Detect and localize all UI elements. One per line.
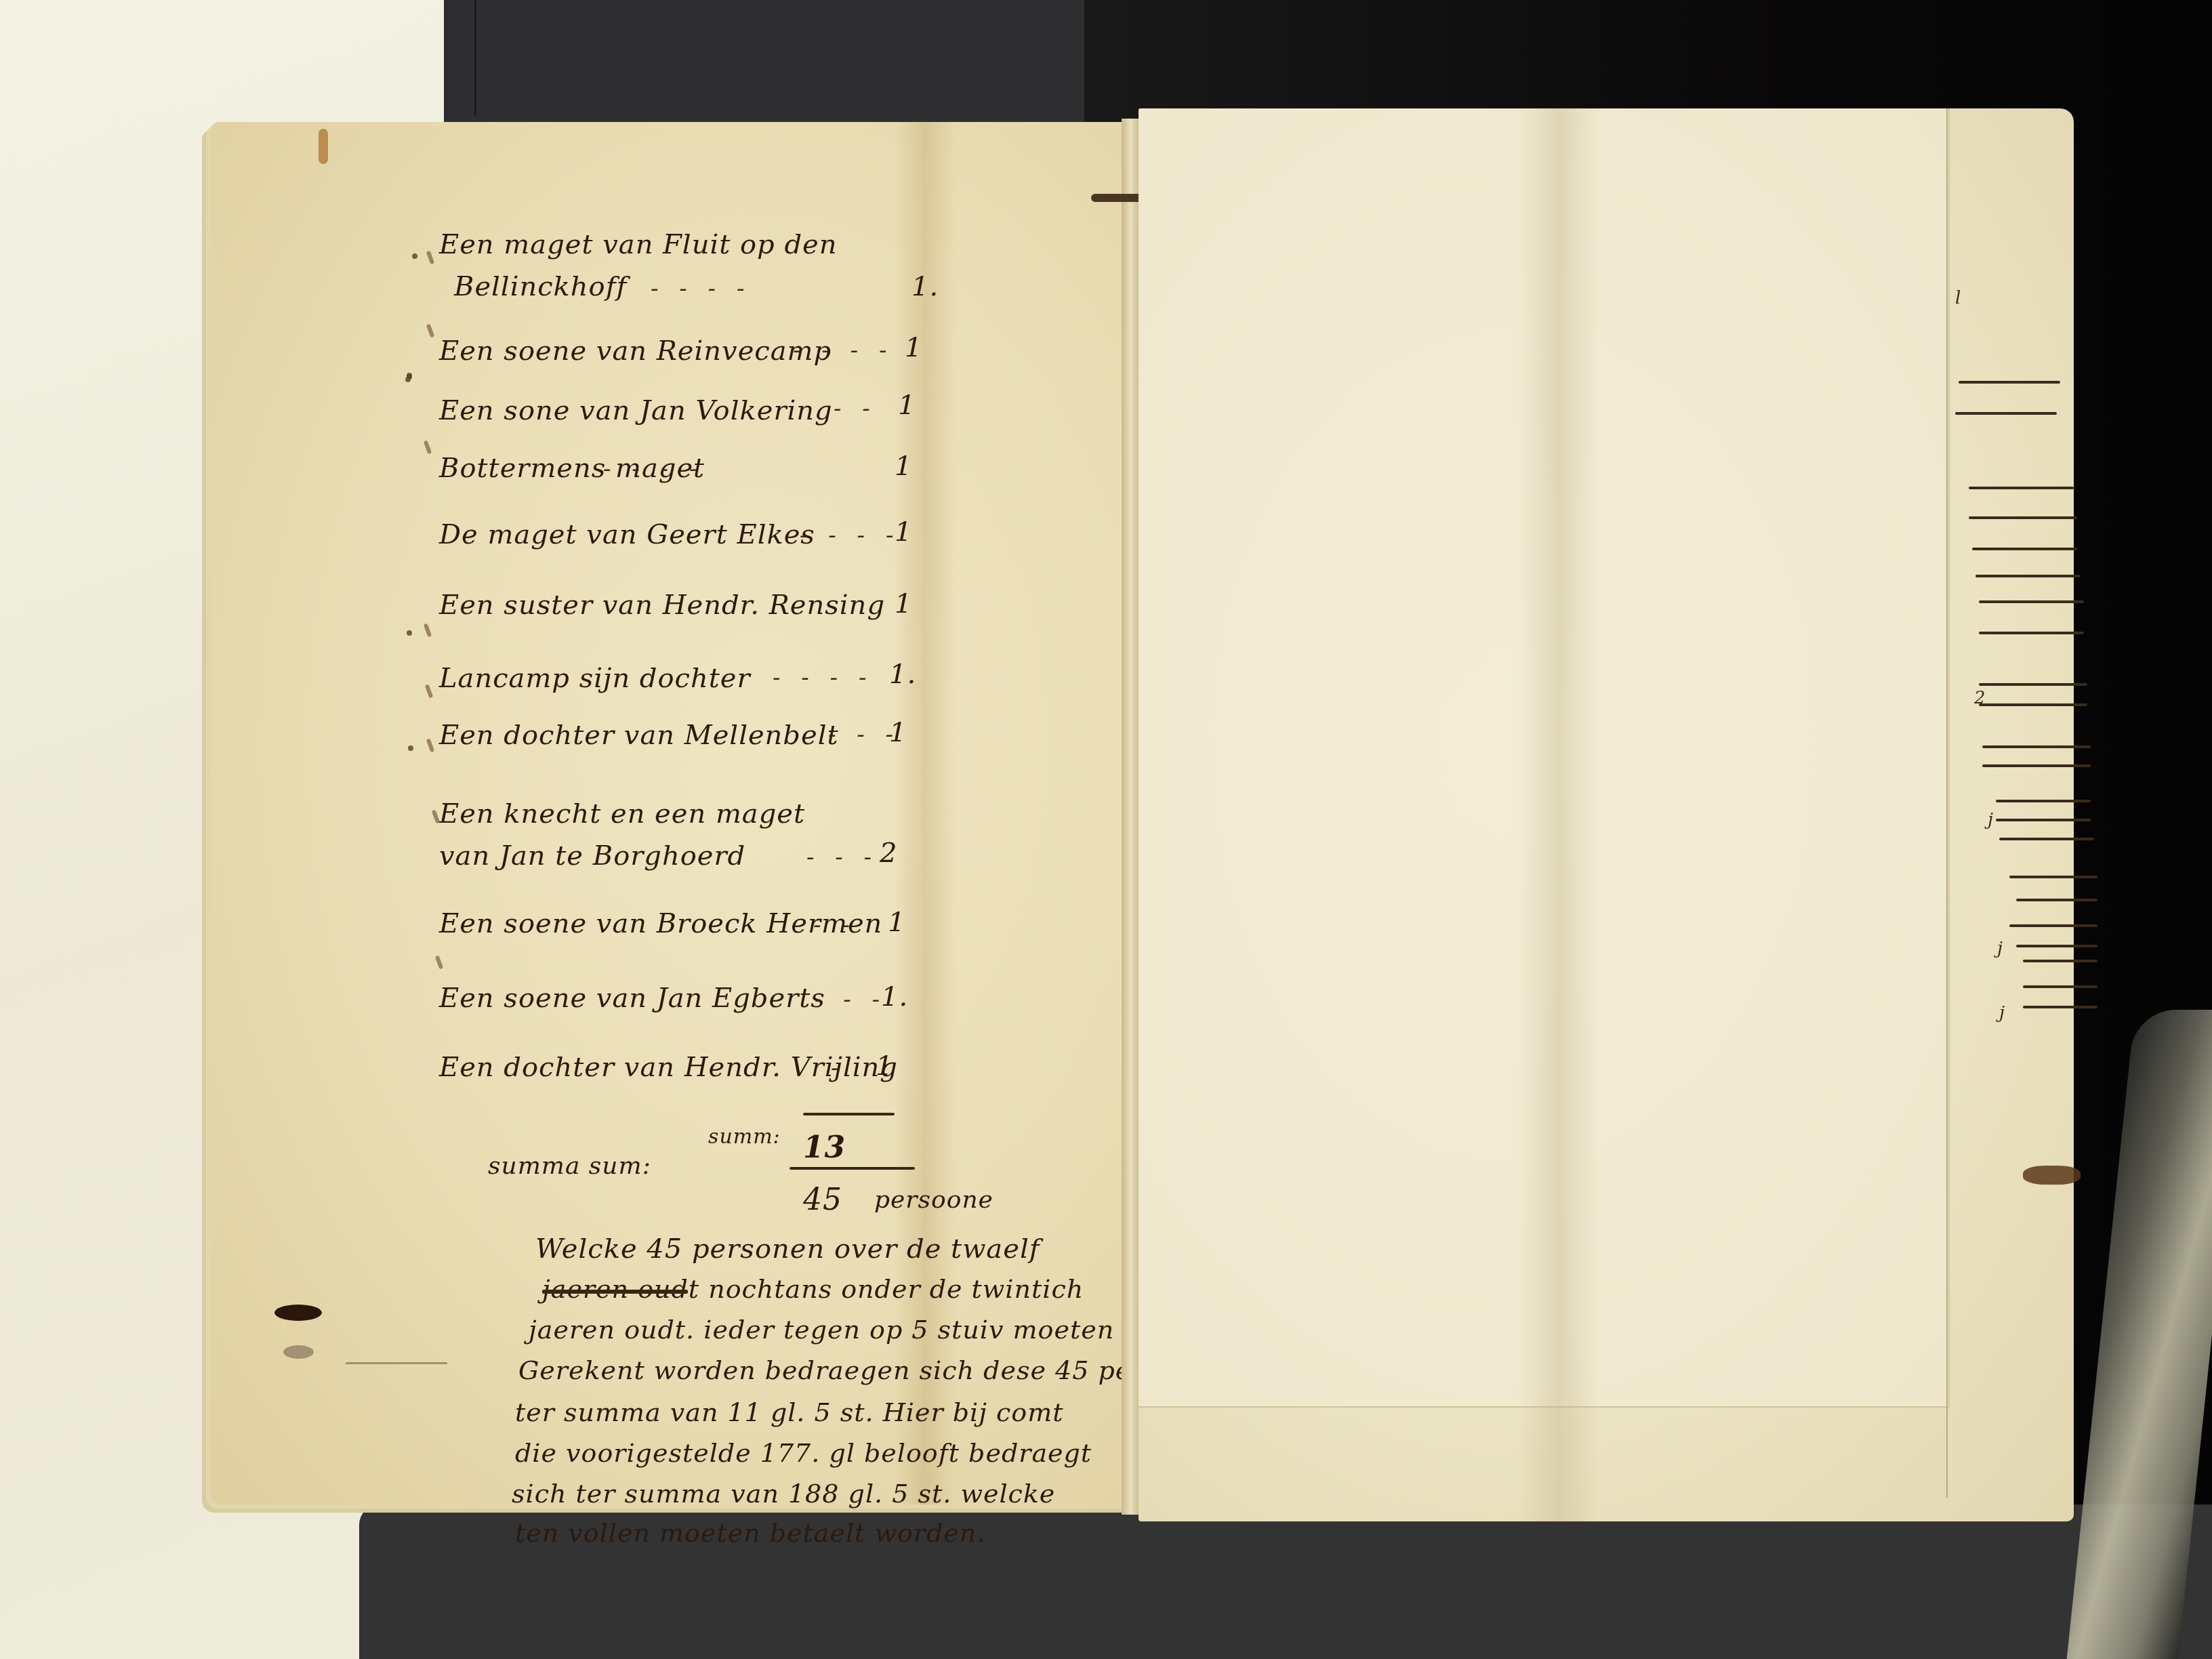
entry-9-line2: van Jan te Borghoerd	[439, 840, 745, 872]
ledger-row-line	[1969, 516, 2077, 519]
ledger-row-line	[1975, 575, 2081, 577]
fold-crease	[1518, 108, 1599, 1521]
ledger-row-line	[1972, 548, 2077, 550]
entry-6-count: 1	[895, 588, 912, 619]
ledger-mark: j	[1988, 810, 1993, 830]
entry-8: Een dochter van Mellenbelt	[439, 720, 839, 751]
ledger-row-line	[1955, 412, 2057, 415]
summa-summarum-value: 45	[803, 1183, 842, 1217]
ledger-row-line	[2016, 945, 2097, 947]
paragraph-line-3: jaeren oudt. ieder tegen op 5 stuiv moet…	[529, 1315, 1114, 1345]
entry-dashes: - - -	[815, 986, 886, 1013]
entry-5: De maget van Geert Elkes	[439, 519, 815, 550]
ledger-row-line	[1982, 764, 2091, 767]
entry-7: Lancamp sijn dochter	[439, 663, 751, 694]
entry-dashes: - - - -	[793, 337, 893, 364]
margin-dot	[407, 630, 412, 636]
entry-11: Een soene van Jan Egberts	[439, 983, 825, 1014]
ledger-row-line	[2023, 985, 2097, 988]
entry-10-count: 1	[888, 907, 905, 938]
ledger-row-line	[1959, 381, 2060, 384]
ledger-row-line	[2009, 876, 2097, 878]
summa-summarum-label: summa sum:	[488, 1152, 651, 1180]
entry-8-count: 1	[889, 717, 907, 748]
ledger-mark: j	[1999, 1003, 2005, 1023]
ledger-row-line	[1979, 683, 2087, 686]
entry-7-count: 1.	[889, 659, 916, 690]
summ-label: summ:	[708, 1125, 781, 1149]
ledger-stain	[2023, 1166, 2081, 1185]
entry-dashes: - - - -	[800, 522, 900, 549]
entry-9-line1: Een knecht en een maget	[439, 798, 805, 829]
ledger-mark: 2	[1974, 688, 1986, 708]
ledger-row-line	[1979, 600, 2084, 603]
entry-dashes: - -	[834, 395, 877, 422]
entry-11-count: 1.	[881, 981, 908, 1012]
total-rule	[790, 1167, 915, 1170]
ink-blot	[274, 1305, 322, 1321]
paragraph-line-2: jaeren oudt nochtans onder de twintich	[542, 1274, 1084, 1304]
margin-dot	[408, 745, 413, 751]
ink-smudge	[283, 1345, 314, 1359]
entry-dashes: - - - -	[603, 455, 703, 483]
ledger-row-line	[2023, 1006, 2097, 1008]
paragraph-line-1: Welcke 45 personen over de twaelf	[535, 1233, 1040, 1265]
entry-3: Een sone van Jan Volkering	[439, 395, 833, 426]
ledger-row-line	[1996, 819, 2091, 821]
ledger-mark: j	[1997, 939, 2003, 959]
entry-3-count: 1	[898, 390, 916, 421]
book-gutter	[1122, 119, 1139, 1515]
ledger-row-line	[1979, 632, 2084, 634]
ledger-row-line	[2023, 960, 2097, 962]
margin-dot	[412, 253, 417, 259]
right-page	[1139, 108, 2074, 1521]
entry-dashes: -	[831, 1054, 846, 1082]
entry-12: Een dochter van Hendr. Vrijling	[439, 1052, 898, 1083]
entry-5-count: 1	[895, 516, 912, 548]
sum-rule	[803, 1113, 895, 1115]
entry-dashes: - - - -	[651, 275, 751, 302]
ledger-row-line	[1969, 487, 2074, 489]
faint-stroke	[346, 1362, 447, 1364]
ledger-row-line	[1996, 800, 2091, 802]
ledger-mark: l	[1955, 288, 1961, 308]
ledger-row-line	[1982, 745, 2091, 748]
paragraph-line-5: ter summa van 11 gl. 5 st. Hier bij comt	[515, 1397, 1064, 1427]
margin-dot	[407, 374, 412, 380]
ledger-row-line	[1979, 703, 2087, 706]
entry-9-count: 2	[880, 838, 897, 869]
ledger-strip: l 2 j j j	[1948, 108, 2087, 1504]
entry-12-count: 1	[876, 1050, 893, 1082]
paragraph-line-4: Gerekent worden bedraegen sich dese 45 p…	[518, 1355, 1167, 1385]
ledger-row-line	[1999, 838, 2094, 840]
entry-2-count: 1	[905, 332, 922, 363]
paragraph-line-6: die voorigestelde 177. gl belooft bedrae…	[515, 1438, 1092, 1468]
board-edge	[474, 0, 476, 115]
persons-label: persoone	[874, 1186, 994, 1214]
ledger-row-line	[2009, 924, 2097, 927]
entry-6: Een suster van Hendr. Rensing	[439, 590, 885, 621]
entry-1-line1: Een maget van Fluit op den	[439, 229, 837, 260]
entry-dashes: - - - -	[773, 664, 873, 691]
ledger-column-line	[1946, 108, 1948, 1498]
entry-2: Een soene van Reinvecamp	[439, 335, 832, 367]
entry-1-count: 1.	[912, 271, 939, 302]
paragraph-line-8: ten vollen moeten betaelt worden.	[515, 1518, 985, 1548]
strike-through	[542, 1290, 688, 1294]
paragraph-line-7: sich ter summa van 188 gl. 5 st. welcke	[512, 1479, 1055, 1509]
entry-dashes: - - -	[806, 844, 878, 871]
ledger-row-line	[2016, 899, 2097, 901]
entry-4-count: 1	[895, 451, 912, 482]
entry-1-line2: Bellinckhoff	[454, 271, 627, 302]
entry-dashes: - -	[813, 912, 857, 939]
corner-stain	[319, 129, 328, 164]
summ-value: 13	[803, 1130, 846, 1165]
